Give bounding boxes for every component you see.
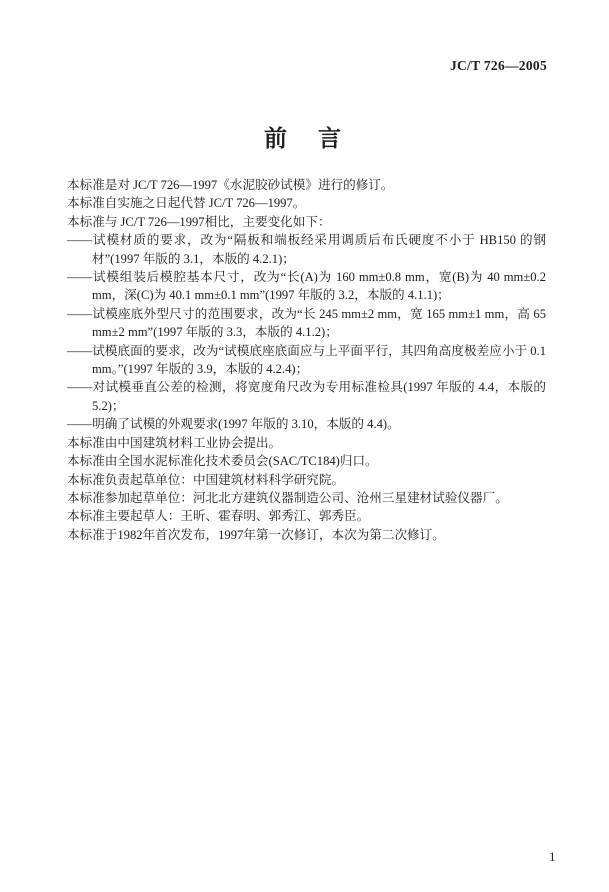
- foreword-paragraph: 本标准主要起草人：王昕、霍春明、郭秀江、郭秀臣。: [67, 507, 546, 525]
- document-page: JC/T 726—2005 前 言 本标准是对 JC/T 726—1997《水泥…: [0, 0, 609, 892]
- foreword-paragraph: 本标准由全国水泥标准化技术委员会(SAC/TC184)归口。: [67, 452, 546, 470]
- page-number: 1: [549, 849, 556, 865]
- foreword-change-item: ——明确了试模的外观要求(1997 年版的 3.10，本版的 4.4)。: [67, 415, 546, 433]
- foreword-paragraph: 本标准由中国建筑材料工业协会提出。: [67, 434, 546, 452]
- foreword-change-item: ——试模组装后模腔基本尺寸，改为“长(A)为 160 mm±0.8 mm，宽(B…: [67, 268, 546, 305]
- page-title: 前 言: [0, 120, 609, 153]
- foreword-change-item: ——试模底面的要求，改为“试模底座底面应与上平面平行，其四角高度极差应小于 0.…: [67, 342, 546, 379]
- foreword-paragraph: 本标准负责起草单位：中国建筑材料科学研究院。: [67, 471, 546, 489]
- foreword-change-item: ——对试模垂直公差的检测，将宽度角尺改为专用标准检具(1997 年版的 4.4，…: [67, 378, 546, 415]
- foreword-paragraph: 本标准与 JC/T 726—1997相比，主要变化如下：: [67, 213, 546, 231]
- standard-code-header: JC/T 726—2005: [450, 58, 547, 74]
- foreword-paragraph: 本标准参加起草单位：河北北方建筑仪器制造公司、沧州三星建材试验仪器厂。: [67, 489, 546, 507]
- foreword-change-item: ——试模材质的要求，改为“隔板和端板经采用调质后布氏硬度不小于 HB150 的钢…: [67, 231, 546, 268]
- foreword-paragraph: 本标准自实施之日起代替 JC/T 726—1997。: [67, 194, 546, 212]
- foreword-paragraph: 本标准于1982年首次发布，1997年第一次修订，本次为第二次修订。: [67, 526, 546, 544]
- foreword-body: 本标准是对 JC/T 726—1997《水泥胶砂试模》进行的修订。 本标准自实施…: [67, 176, 546, 544]
- foreword-paragraph: 本标准是对 JC/T 726—1997《水泥胶砂试模》进行的修订。: [67, 176, 546, 194]
- foreword-change-item: ——试模座底外型尺寸的范围要求，改为“长 245 mm±2 mm，宽 165 m…: [67, 305, 546, 342]
